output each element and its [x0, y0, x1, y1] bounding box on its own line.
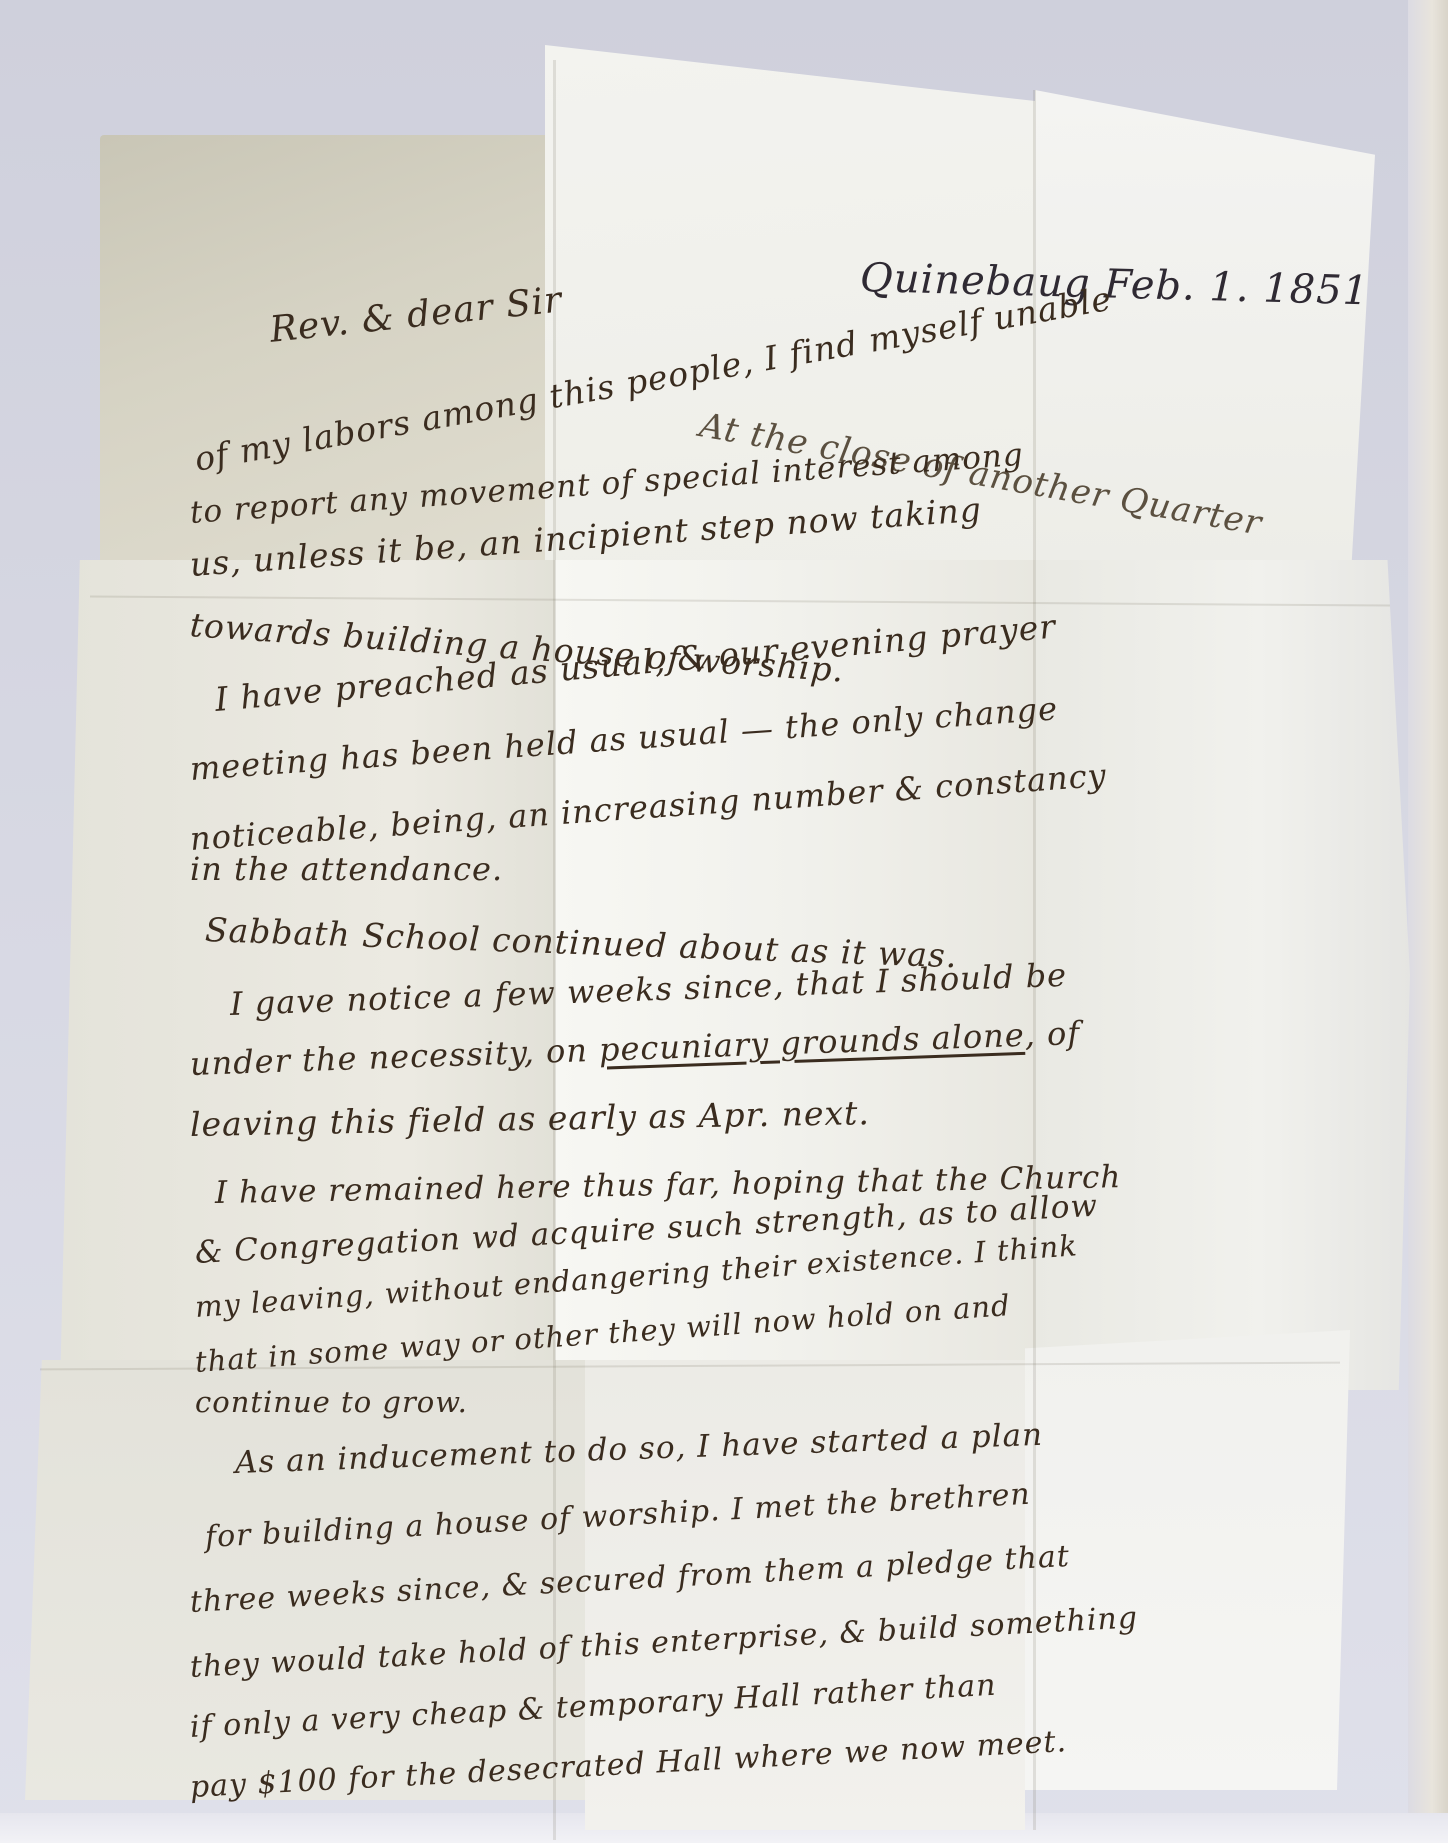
letter-sheet: Quinebaug Feb. 1. 1851 Rev. & dear Sir A… [0, 0, 1448, 1843]
paper-panel-mid-right [1035, 560, 1410, 1390]
letter-line: in the attendance. [190, 850, 503, 888]
letter-text: , of [1024, 1014, 1081, 1054]
paper-panel-bottom-right [1025, 1330, 1350, 1790]
letter-line: continue to grow. [195, 1385, 468, 1419]
paper-panel-top-right [1035, 90, 1375, 630]
